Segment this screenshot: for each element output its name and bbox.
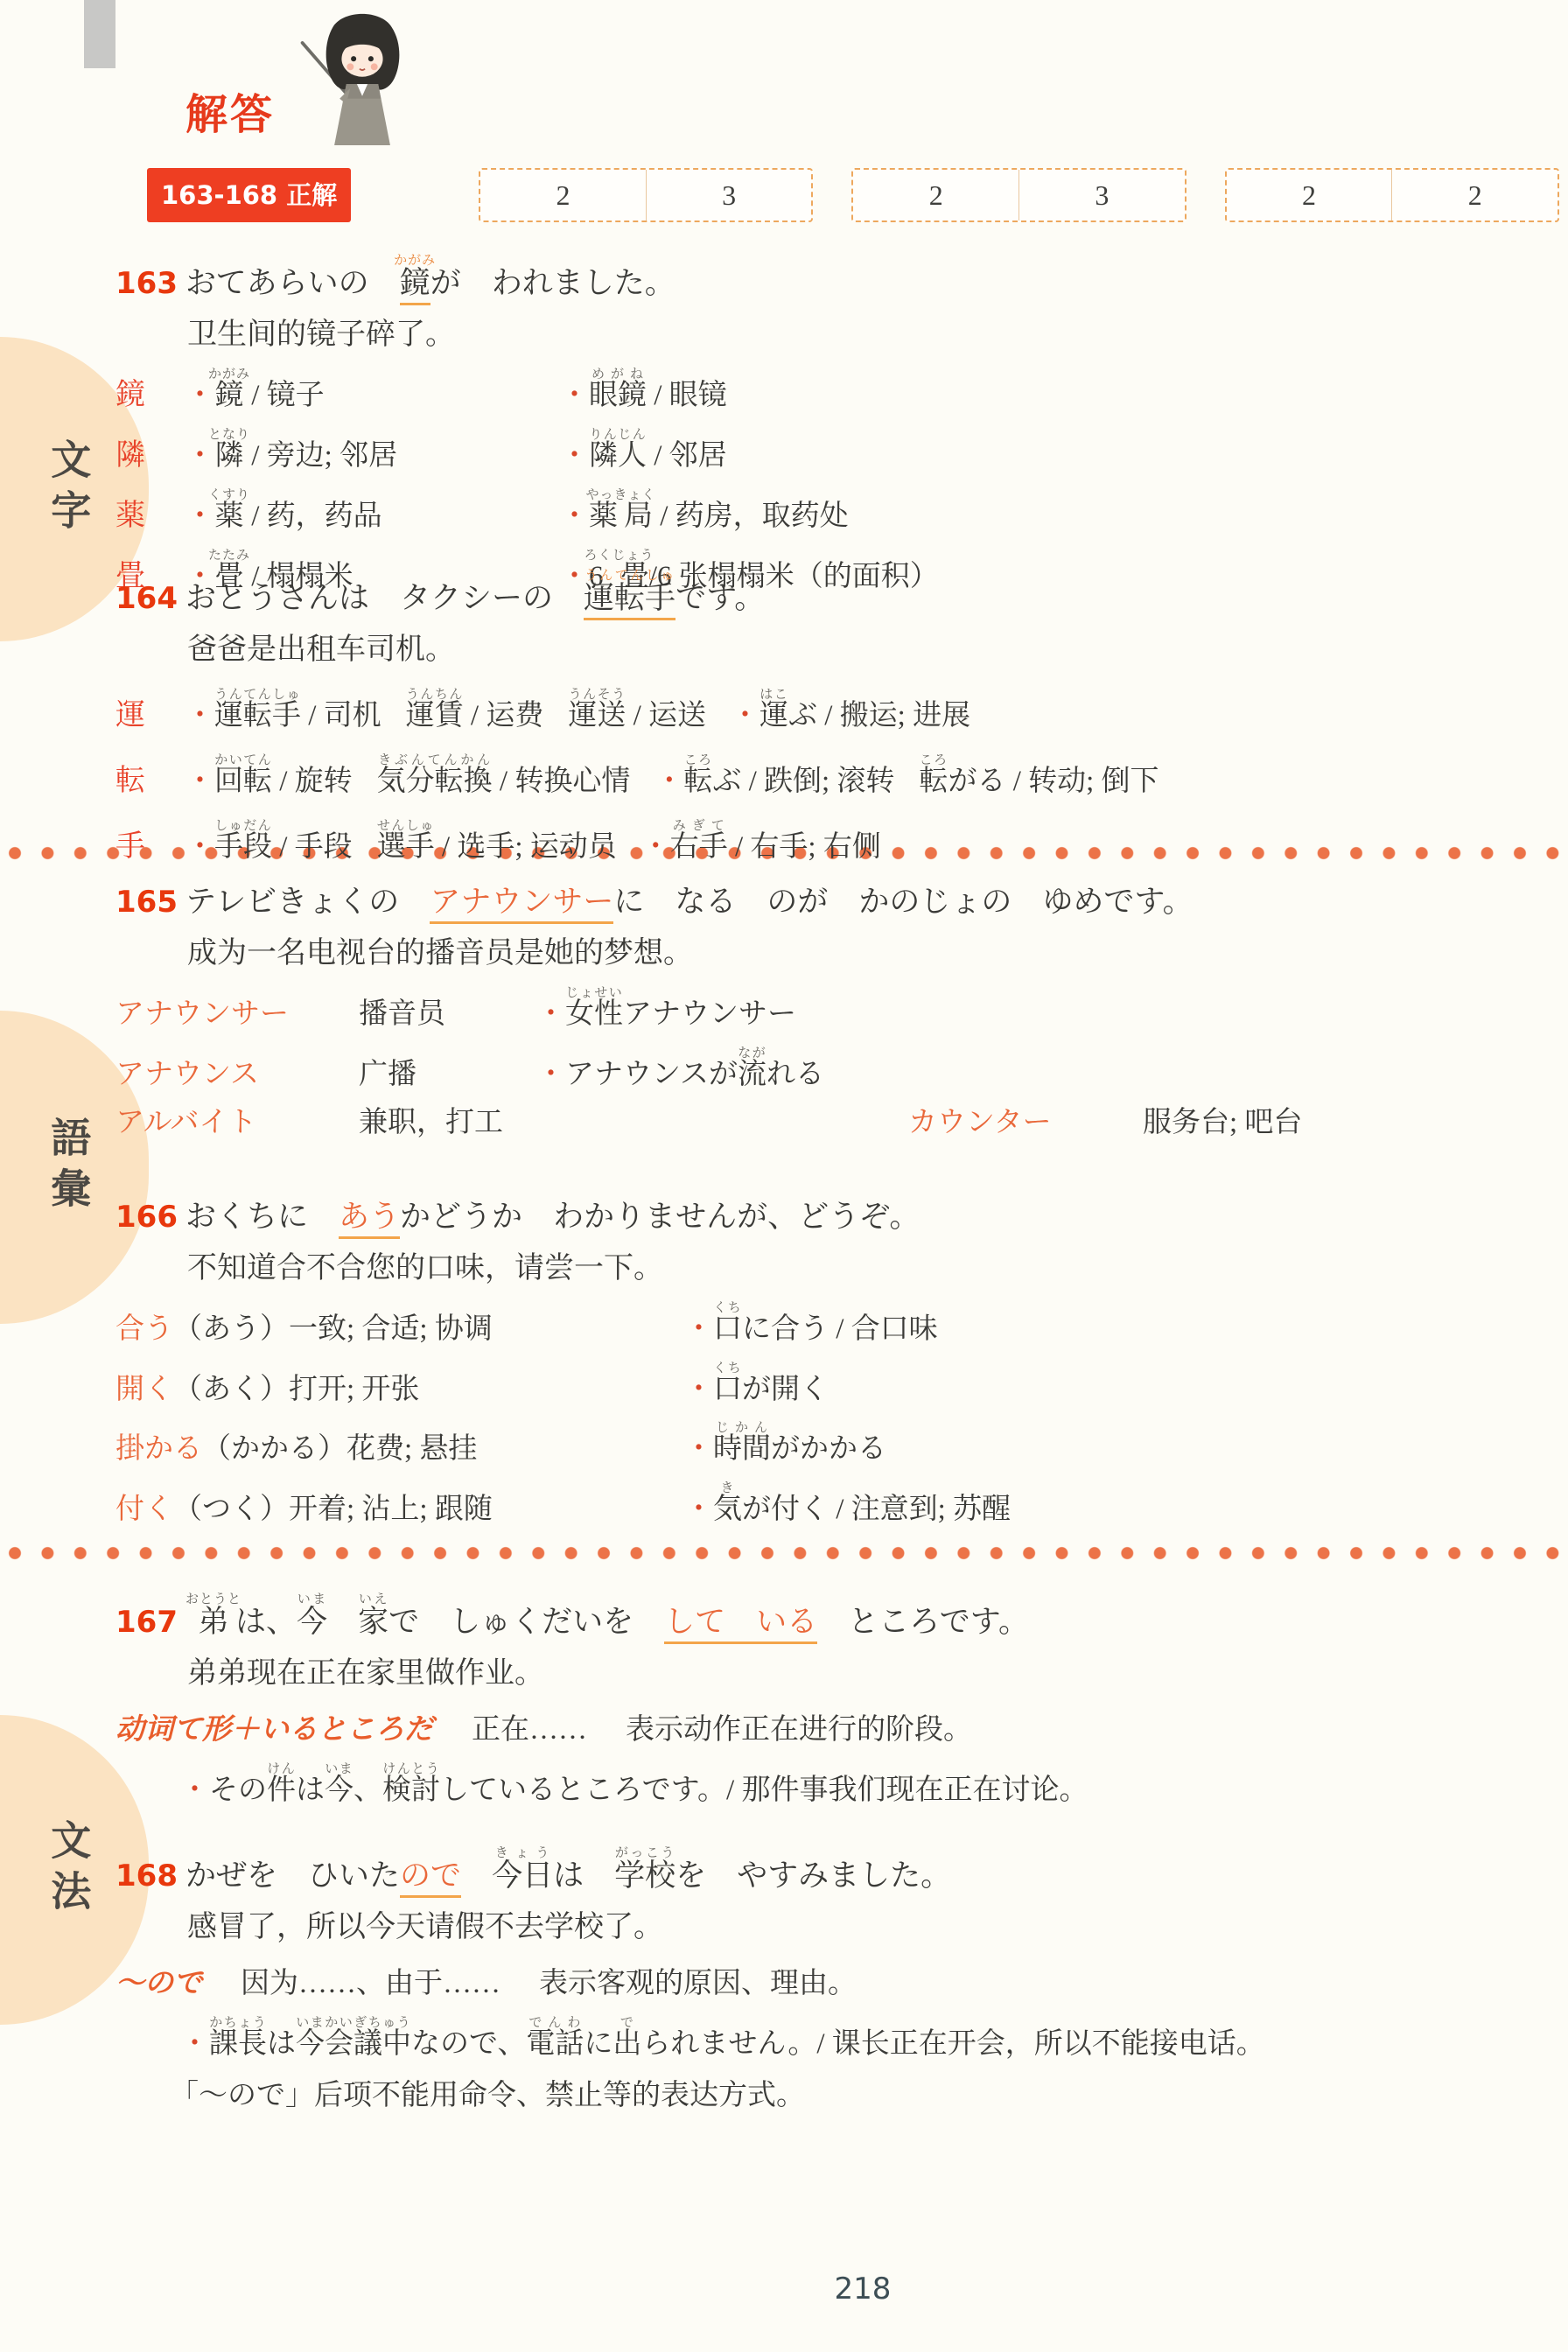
text-part: 正在…… <box>472 1711 587 1750</box>
text-part: アルバイト <box>115 1104 334 1143</box>
answer-strip: 163-168 正解 232322 <box>147 168 1559 222</box>
question-number: 166 <box>115 1198 185 1237</box>
text-part: 運送うんそう / 运送 <box>568 686 706 736</box>
text-part: ・口くちが開く <box>684 1360 829 1410</box>
sentence-line: 166おくちに あうかどうか わかりませんが、どうぞ。 <box>115 1174 1536 1237</box>
kanji-head: 運 <box>115 696 185 736</box>
text-part: 表示客观的原因、理由。 <box>539 1965 857 2004</box>
trans-line: 爸爸是出租车司机。 <box>187 631 1536 670</box>
text-part: ・薬くすり / 药，药品 <box>185 486 535 536</box>
words-line: アナウンス广播・アナウンスが流ながれる <box>115 1045 1536 1095</box>
example-line: ・課長かちょうは今いま会議中かいぎちゅうなので、電話でんわに出でられません。/ … <box>180 2014 1536 2064</box>
sidebar-tab-label: 文法 <box>39 1819 97 1921</box>
text-part: 成为一名电视台的播音员是她的梦想。 <box>187 934 693 974</box>
text-part: アナウンス <box>115 1056 334 1095</box>
answer-cell: 2 <box>1227 170 1392 220</box>
text-part: ・運はこぶ / 搬运; 进展 <box>731 686 970 736</box>
text-part: 運賃うんちん / 运费 <box>406 686 544 736</box>
answer-cell: 3 <box>646 170 812 220</box>
text-part: 不知道合不合您的口味，请尝一下。 <box>187 1249 663 1289</box>
question-number: 165 <box>115 883 185 922</box>
kanji-head: 転 <box>115 762 185 801</box>
trans-line: 成为一名电视台的播音员是她的梦想。 <box>187 934 1536 974</box>
text-part: ・運転手うんてんしゅ / 司机 <box>185 686 381 736</box>
text-part: 合う（あう）一致; 合适; 协调 <box>115 1311 660 1349</box>
words-line: アルバイト兼职，打工カウンター服务台; 吧台 <box>115 1104 1536 1143</box>
sidebar-tab-label: 語彙 <box>39 1116 97 1218</box>
question-number: 168 <box>115 1857 185 1896</box>
textbook-answer-page: 解答 163-168 正解 232322 文字 語彙 文法 163おてあらいの … <box>0 0 1568 2352</box>
note-line: 「～ので」后项不能用命令、禁止等的表达方式。 <box>170 2077 1536 2116</box>
text-part: ・鏡かがみ / 镜子 <box>185 366 535 416</box>
text-part: 爸爸是出租车司机。 <box>187 631 455 670</box>
question-number: 163 <box>115 264 185 304</box>
answer-group: 23 <box>851 168 1186 222</box>
text-part: 动词て形＋いるところだ <box>115 1711 433 1750</box>
text-part: 卫生间的镜子碎了。 <box>187 316 455 355</box>
text-part: 掛かる（かかる）花费; 悬挂 <box>115 1431 660 1469</box>
example-line: ・その件けんは今いま、検討けんとうしているところです。/ 那件事我们现在正在讨论… <box>180 1760 1536 1810</box>
text-part: おくちに あうかどうか わかりませんが、どうぞ。 <box>185 1197 920 1237</box>
text-part: ・隣人りんじん / 邻居 <box>560 426 727 476</box>
text-part: 付く（つく）开着; 沾上; 跟随 <box>115 1491 660 1529</box>
text-part: 表示动作正在进行的阶段。 <box>626 1711 972 1750</box>
trans-line: 弟弟现在正在家里做作业。 <box>187 1655 1536 1694</box>
vocab-line: 転・回転かいてん / 旋转気分転換きぶんてんかん / 转换心情・転ころぶ / 跌… <box>115 752 1536 801</box>
text-part: ・気きが付く / 注意到; 苏醒 <box>684 1480 1011 1529</box>
text-part: 感冒了，所以今天请假不去学校了。 <box>187 1908 663 1948</box>
sentence-line: 168かぜを ひいたので 今日きょうは 学校がっこうを やすみました。 <box>115 1822 1536 1896</box>
text-part: 服务台; 吧台 <box>1143 1104 1302 1143</box>
text-part: 广播 <box>359 1056 512 1095</box>
words-line: 開く（あく）打开; 开张・口くちが開く <box>115 1360 1536 1410</box>
sidebar-tab-label: 文字 <box>39 438 97 540</box>
text-part: ・眼鏡めがね / 眼镜 <box>560 366 727 416</box>
section-164: 164おとうさんは タクシーの 運転手うんてんしゅです。爸爸是出租车司机。運・運… <box>115 544 1536 867</box>
answer-group: 23 <box>479 168 813 222</box>
vocab-line: 鏡・鏡かがみ / 镜子・眼鏡めがね / 眼镜 <box>115 366 1536 416</box>
kanji-head: 隣 <box>115 437 185 476</box>
text-part: 弟弟现在正在家里做作业。 <box>187 1655 544 1694</box>
text-part: ・課長かちょうは今いま会議中かいぎちゅうなので、電話でんわに出でられません。/ … <box>180 2014 1265 2064</box>
text-part: 播音员 <box>359 996 512 1034</box>
teacher-girl-illustration <box>296 5 429 152</box>
text-part: 弟おとうとは、今いま 家いえで しゅくだいを して いる ところです。 <box>185 1591 1029 1642</box>
words-line: アナウンサー播音员・女性じょせいアナウンサー <box>115 984 1536 1034</box>
trans-line: 不知道合不合您的口味，请尝一下。 <box>187 1249 1536 1289</box>
text-part: ・転ころぶ / 跌倒; 滚转 <box>654 752 894 801</box>
page-title: 解答 <box>185 80 275 141</box>
trans-line: 卫生间的镜子碎了。 <box>187 316 1536 355</box>
text-part: ・時間じかんがかかる <box>684 1419 886 1469</box>
text-part: 転ころがる / 转动; 倒下 <box>919 752 1158 801</box>
answer-cell: 2 <box>853 170 1018 220</box>
text-part: カウンター <box>908 1104 1118 1143</box>
answer-cell: 3 <box>1018 170 1185 220</box>
dotted-separator <box>7 1545 1561 1561</box>
text-part: アナウンサー <box>115 996 334 1034</box>
sentence-line: 164おとうさんは タクシーの 運転手うんてんしゅです。 <box>115 544 1536 619</box>
section-165: 165テレビきょくの アナウンサーに なる のが かのじょの ゆめです。成为一名… <box>115 859 1536 1143</box>
text-part: ・アナウンスが流ながれる <box>536 1045 824 1095</box>
kanji-head: 薬 <box>115 497 185 536</box>
sentence-line: 167弟おとうとは、今いま 家いえで しゅくだいを して いる ところです。 <box>115 1568 1536 1642</box>
scan-artifact <box>84 0 115 68</box>
vocab-line: 薬・薬くすり / 药，药品・薬局やっきょく / 药房，取药处 <box>115 486 1536 536</box>
words-line: 合う（あう）一致; 合适; 协调・口くちに合う / 合口味 <box>115 1299 1536 1349</box>
text-part: かぜを ひいたので 今日きょうは 学校がっこうを やすみました。 <box>185 1844 951 1896</box>
text-part: ・その件けんは今いま、検討けんとうしているところです。/ 那件事我们现在正在讨论… <box>180 1760 1088 1810</box>
answer-cell: 2 <box>480 170 646 220</box>
text-part: 因为……、由于…… <box>241 1965 500 2004</box>
vocab-line: 運・運転手うんてんしゅ / 司机運賃うんちん / 运费運送うんそう / 运送・運… <box>115 686 1536 736</box>
pattern-line: ～ので因为……、由于……表示客观的原因、理由。 <box>115 1965 1536 2004</box>
page-number: 218 <box>784 2271 941 2306</box>
text-part: ・回転かいてん / 旋转 <box>185 752 353 801</box>
section-163: 163おてあらいの 鏡かがみが われました。卫生间的镜子碎了。鏡・鏡かがみ / … <box>115 229 1536 597</box>
text-part: ・隣となり / 旁边; 邻居 <box>185 426 535 476</box>
question-number: 164 <box>115 579 185 619</box>
vocab-line: 隣・隣となり / 旁边; 邻居・隣人りんじん / 邻居 <box>115 426 1536 476</box>
answer-groups: 232322 <box>479 168 1559 222</box>
answer-group: 22 <box>1225 168 1559 222</box>
answer-range-badge: 163-168 正解 <box>147 168 351 222</box>
text-part: ・口くちに合う / 合口味 <box>684 1299 938 1349</box>
text-part: 兼职，打工 <box>359 1104 884 1143</box>
text-part: 開く（あく）打开; 开张 <box>115 1371 660 1410</box>
kanji-head: 鏡 <box>115 376 185 416</box>
answer-cell: 2 <box>1391 170 1557 220</box>
text-part: ～ので <box>115 1965 202 2004</box>
text-part: おてあらいの 鏡かがみが われました。 <box>185 252 675 304</box>
words-line: 付く（つく）开着; 沾上; 跟随・気きが付く / 注意到; 苏醒 <box>115 1480 1536 1529</box>
trans-line: 感冒了，所以今天请假不去学校了。 <box>187 1908 1536 1948</box>
sentence-line: 163おてあらいの 鏡かがみが われました。 <box>115 229 1536 304</box>
words-line: 掛かる（かかる）花费; 悬挂・時間じかんがかかる <box>115 1419 1536 1469</box>
text-part: 「～ので」后项不能用命令、禁止等的表达方式。 <box>170 2077 805 2116</box>
text-part: おとうさんは タクシーの 運転手うんてんしゅです。 <box>185 567 765 619</box>
section-167: 167弟おとうとは、今いま 家いえで しゅくだいを して いる ところです。弟弟… <box>115 1568 1536 1809</box>
text-part: 気分転換きぶんてんかん / 转换心情 <box>377 752 631 801</box>
text-part: テレビきょくの アナウンサーに なる のが かのじょの ゆめです。 <box>185 882 1193 922</box>
text-part: ・薬局やっきょく / 药房，取药处 <box>560 486 849 536</box>
sentence-line: 165テレビきょくの アナウンサーに なる のが かのじょの ゆめです。 <box>115 859 1536 922</box>
section-166: 166おくちに あうかどうか わかりませんが、どうぞ。不知道合不合您的口味，请尝… <box>115 1174 1536 1529</box>
section-168: 168かぜを ひいたので 今日きょうは 学校がっこうを やすみました。感冒了，所… <box>115 1822 1536 2116</box>
question-number: 167 <box>115 1603 185 1642</box>
pattern-line: 动词て形＋いるところだ正在……表示动作正在进行的阶段。 <box>115 1711 1536 1750</box>
text-part: ・女性じょせいアナウンサー <box>536 984 796 1034</box>
